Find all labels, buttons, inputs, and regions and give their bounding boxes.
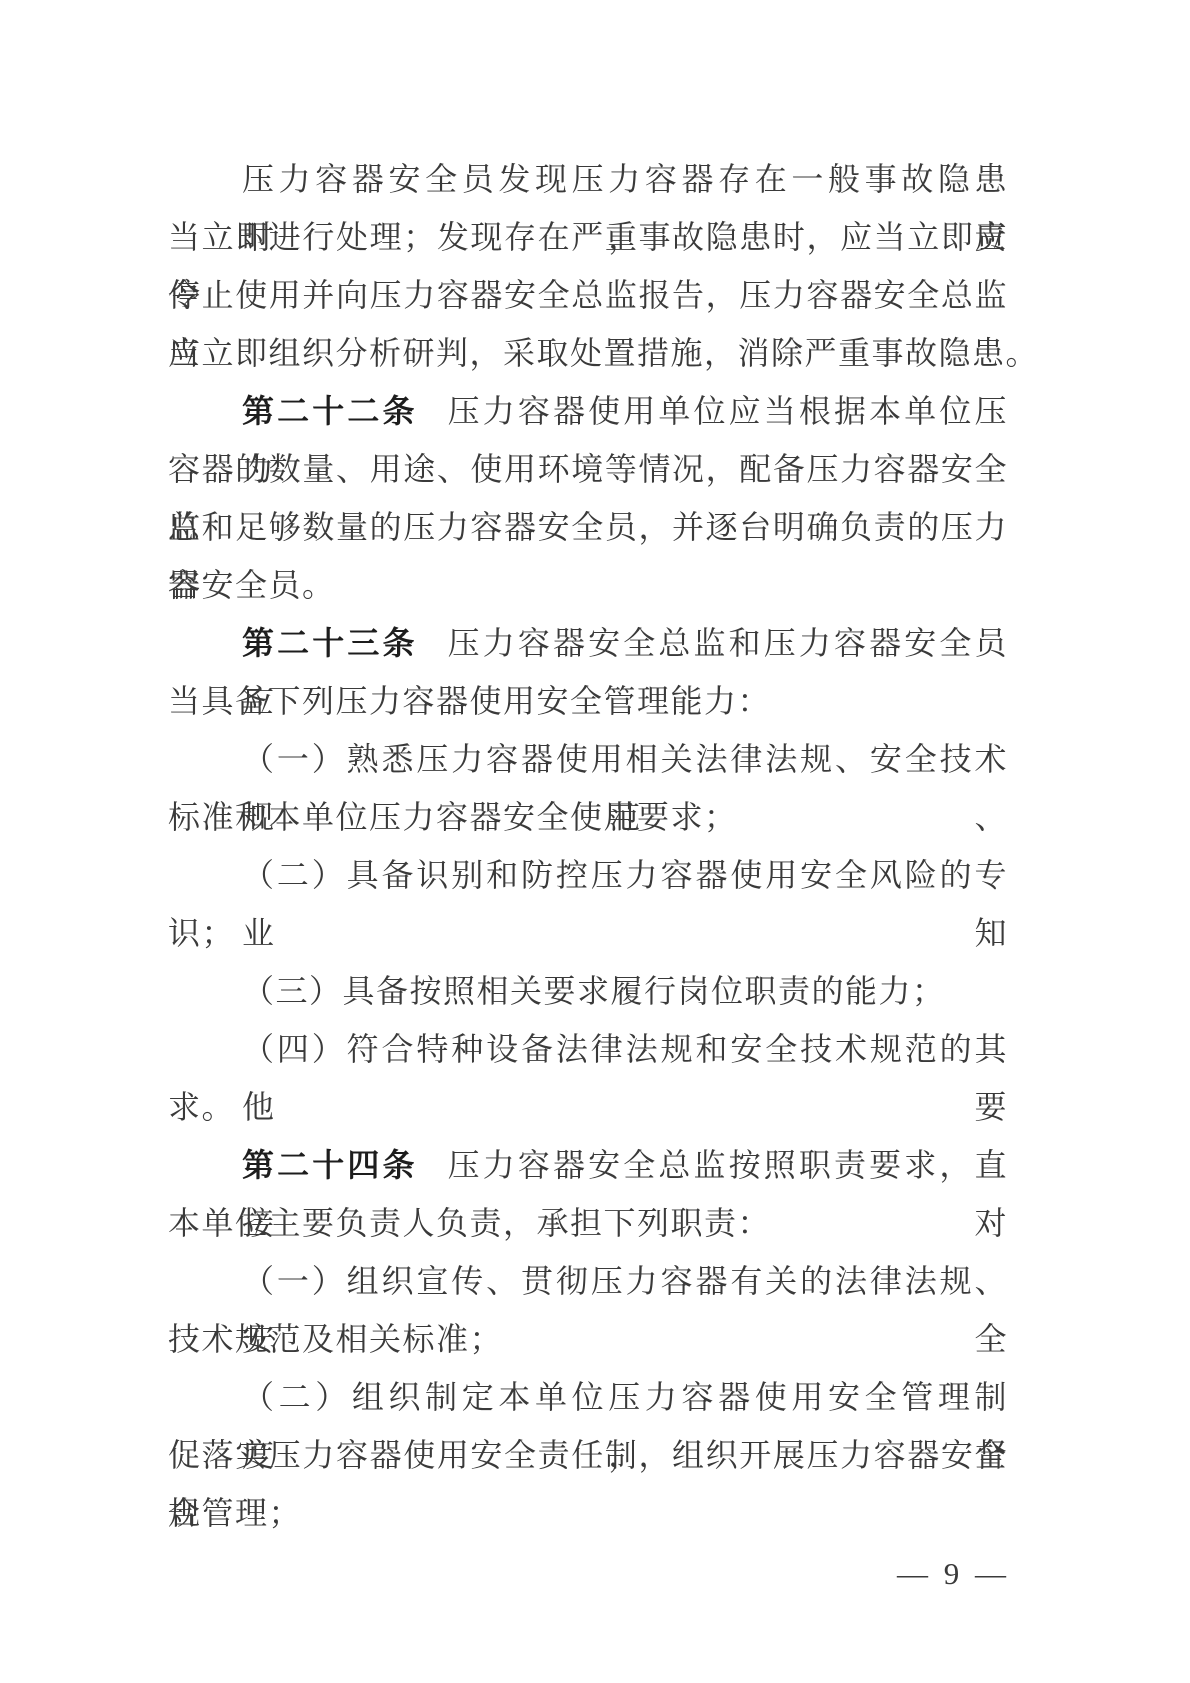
para-article-23-item-3: （三）具备按照相关要求履行岗位职责的能力； (168, 962, 1008, 1020)
line-text: 当具备下列压力容器使用安全管理能力： (168, 683, 771, 719)
page-number: — 9 — (897, 1556, 1010, 1592)
text-line: 第二十三条压力容器安全总监和压力容器安全员应 (168, 614, 1008, 672)
para-article-24: 第二十四条压力容器安全总监按照职责要求，直接对本单位主要负责人负责，承担下列职责… (168, 1136, 1008, 1252)
article-number: 第二十三条 (242, 625, 418, 661)
article-number: 第二十四条 (242, 1147, 418, 1183)
text-line: （四）符合特种设备法律法规和安全技术规范的其他要 (168, 1020, 1008, 1078)
line-text: 标准和本单位压力容器安全使用要求； (168, 799, 738, 835)
line-text: 技术规范及相关标准； (168, 1321, 503, 1357)
line-text: 当立即组织分析研判，采取处置措施，消除严重事故隐患。 (168, 335, 1039, 371)
para-article-22: 第二十二条压力容器使用单位应当根据本单位压力容器的数量、用途、使用环境等情况，配… (168, 382, 1008, 614)
text-line: 监和足够数量的压力容器安全员，并逐台明确负责的压力容 (168, 498, 1008, 556)
line-text: 规管理； (168, 1495, 302, 1531)
text-line: （二）具备识别和防控压力容器使用安全风险的专业知 (168, 846, 1008, 904)
para-article-23-item-4: （四）符合特种设备法律法规和安全技术规范的其他要求。 (168, 1020, 1008, 1136)
text-line: （一）组织宣传、贯彻压力容器有关的法律法规、安全 (168, 1252, 1008, 1310)
line-text: （四）符合特种设备法律法规和安全技术规范的其他要 (242, 1031, 1008, 1125)
para-hazard-handling: 压力容器安全员发现压力容器存在一般事故隐患时，应当立即进行处理；发现存在严重事故… (168, 150, 1008, 382)
para-article-23: 第二十三条压力容器安全总监和压力容器安全员应当具备下列压力容器使用安全管理能力： (168, 614, 1008, 730)
text-line: （一）熟悉压力容器使用相关法律法规、安全技术规范、 (168, 730, 1008, 788)
text-line: 促落实压力容器使用安全责任制，组织开展压力容器安全合 (168, 1426, 1008, 1484)
text-line: 停止使用并向压力容器安全总监报告，压力容器安全总监应 (168, 266, 1008, 324)
para-article-24-item-1: （一）组织宣传、贯彻压力容器有关的法律法规、安全技术规范及相关标准； (168, 1252, 1008, 1368)
line-text: （三）具备按照相关要求履行岗位职责的能力； (242, 973, 946, 1009)
document-page: 压力容器安全员发现压力容器存在一般事故隐患时，应当立即进行处理；发现存在严重事故… (0, 0, 1190, 1683)
line-text: 器安全员。 (168, 567, 336, 603)
line-text: 识； (168, 915, 235, 951)
text-line: 当立即进行处理；发现存在严重事故隐患时，应当立即责令 (168, 208, 1008, 266)
text-line: 当立即组织分析研判，采取处置措施，消除严重事故隐患。 (168, 324, 1008, 382)
text-line: 压力容器安全员发现压力容器存在一般事故隐患时，应 (168, 150, 1008, 208)
text-line: （二）组织制定本单位压力容器使用安全管理制度，督 (168, 1368, 1008, 1426)
para-article-24-item-2: （二）组织制定本单位压力容器使用安全管理制度，督促落实压力容器使用安全责任制，组… (168, 1368, 1008, 1542)
text-line: 规管理； (168, 1484, 1008, 1542)
text-line: 第二十四条压力容器安全总监按照职责要求，直接对 (168, 1136, 1008, 1194)
article-number: 第二十二条 (242, 393, 418, 429)
text-line: 器安全员。 (168, 556, 1008, 614)
line-text: （二）具备识别和防控压力容器使用安全风险的专业知 (242, 857, 1008, 951)
text-line: （三）具备按照相关要求履行岗位职责的能力； (168, 962, 1008, 1020)
para-article-23-item-1: （一）熟悉压力容器使用相关法律法规、安全技术规范、标准和本单位压力容器安全使用要… (168, 730, 1008, 846)
line-text: 求。 (168, 1089, 235, 1125)
document-body: 压力容器安全员发现压力容器存在一般事故隐患时，应当立即进行处理；发现存在严重事故… (168, 150, 1008, 1542)
line-text: 本单位主要负责人负责，承担下列职责： (168, 1205, 771, 1241)
text-line: 当具备下列压力容器使用安全管理能力： (168, 672, 1008, 730)
para-article-23-item-2: （二）具备识别和防控压力容器使用安全风险的专业知识； (168, 846, 1008, 962)
text-line: 第二十二条压力容器使用单位应当根据本单位压力 (168, 382, 1008, 440)
text-line: 容器的数量、用途、使用环境等情况，配备压力容器安全总 (168, 440, 1008, 498)
